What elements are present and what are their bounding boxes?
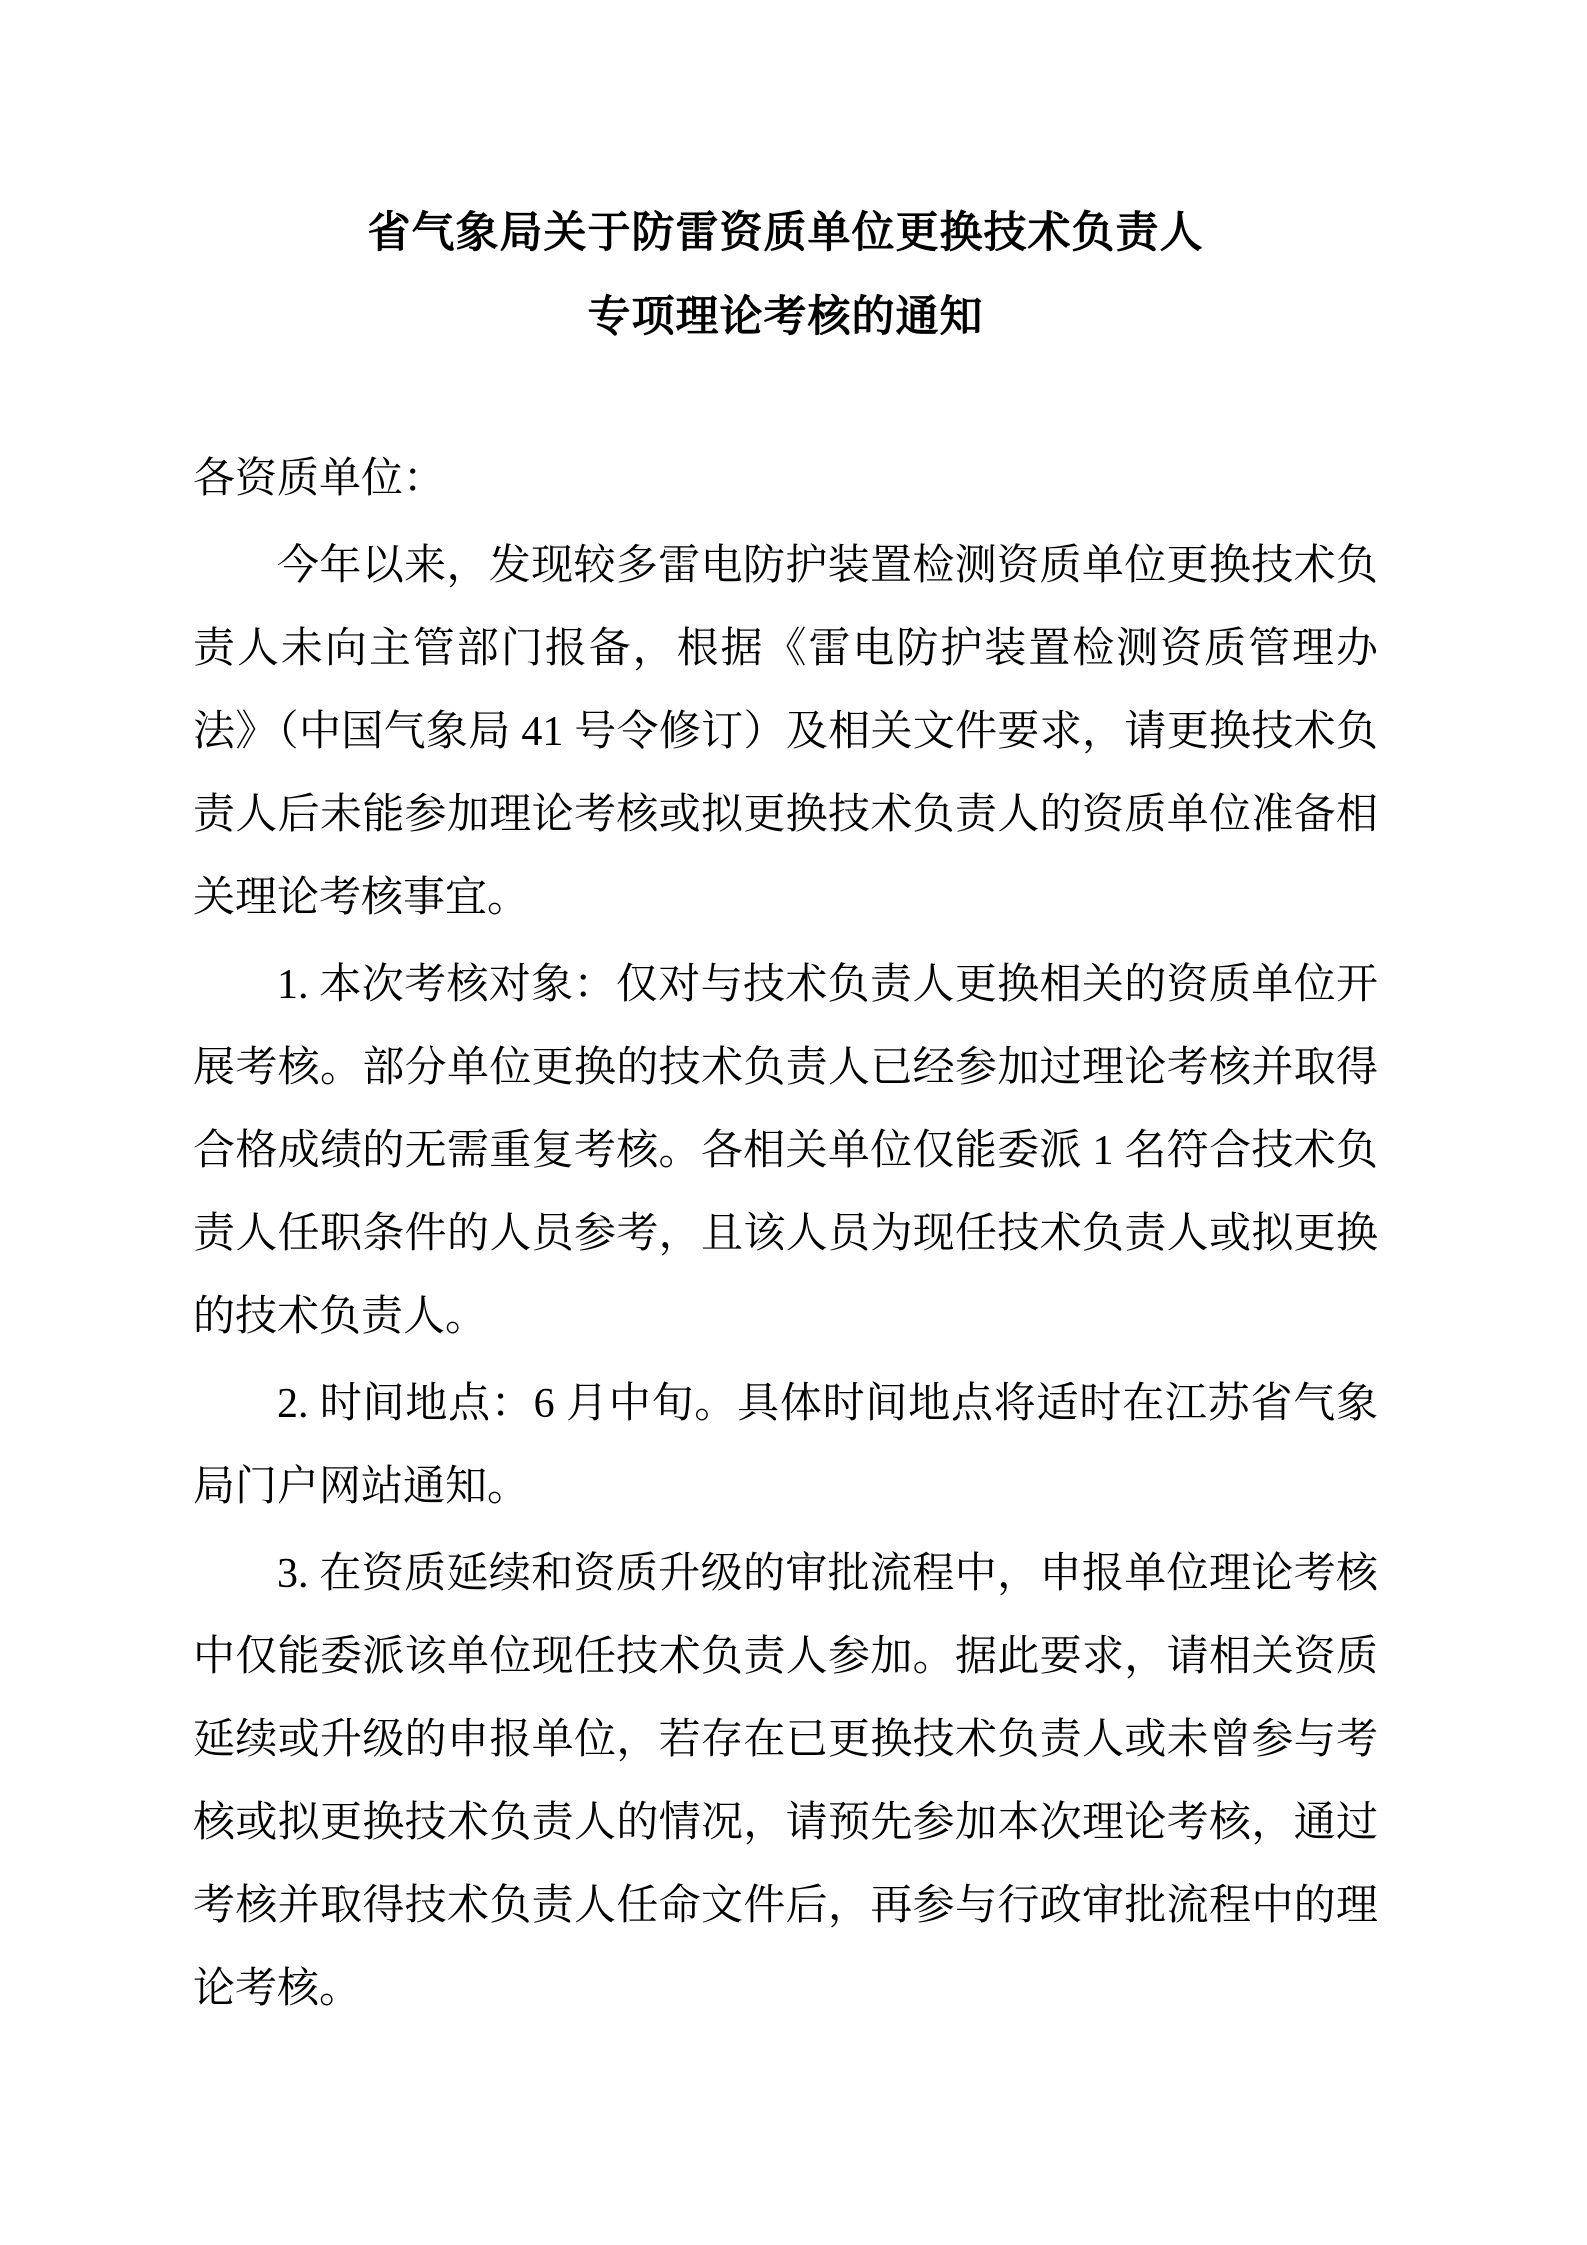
salutation: 各资质单位： bbox=[193, 438, 1378, 521]
paragraph-2: 1. 本次考核对象：仅对与技术负责人更换相关的资质单位开展考核。部分单位更换的技… bbox=[193, 944, 1378, 1359]
document-body: 各资质单位： 今年以来，发现较多雷电防护装置检测资质单位更换技术负责人未向主管部… bbox=[193, 438, 1378, 2031]
document-title: 省气象局关于防雷资质单位更换技术负责人 专项理论考核的通知 bbox=[193, 192, 1378, 360]
paragraph-4: 3. 在资质延续和资质升级的审批流程中，申报单位理论考核中仅能委派该单位现任技术… bbox=[193, 1533, 1378, 2031]
document-content: 省气象局关于防雷资质单位更换技术负责人 专项理论考核的通知 各资质单位： 今年以… bbox=[193, 192, 1378, 2031]
document-title-line-2: 专项理论考核的通知 bbox=[193, 276, 1378, 360]
document-page: 省气象局关于防雷资质单位更换技术负责人 专项理论考核的通知 各资质单位： 今年以… bbox=[0, 0, 1587, 2245]
document-title-line-1: 省气象局关于防雷资质单位更换技术负责人 bbox=[193, 192, 1378, 276]
paragraph-1: 今年以来，发现较多雷电防护装置检测资质单位更换技术负责人未向主管部门报备，根据《… bbox=[193, 525, 1378, 940]
paragraph-3: 2. 时间地点：6 月中旬。具体时间地点将适时在江苏省气象局门户网站通知。 bbox=[193, 1363, 1378, 1529]
